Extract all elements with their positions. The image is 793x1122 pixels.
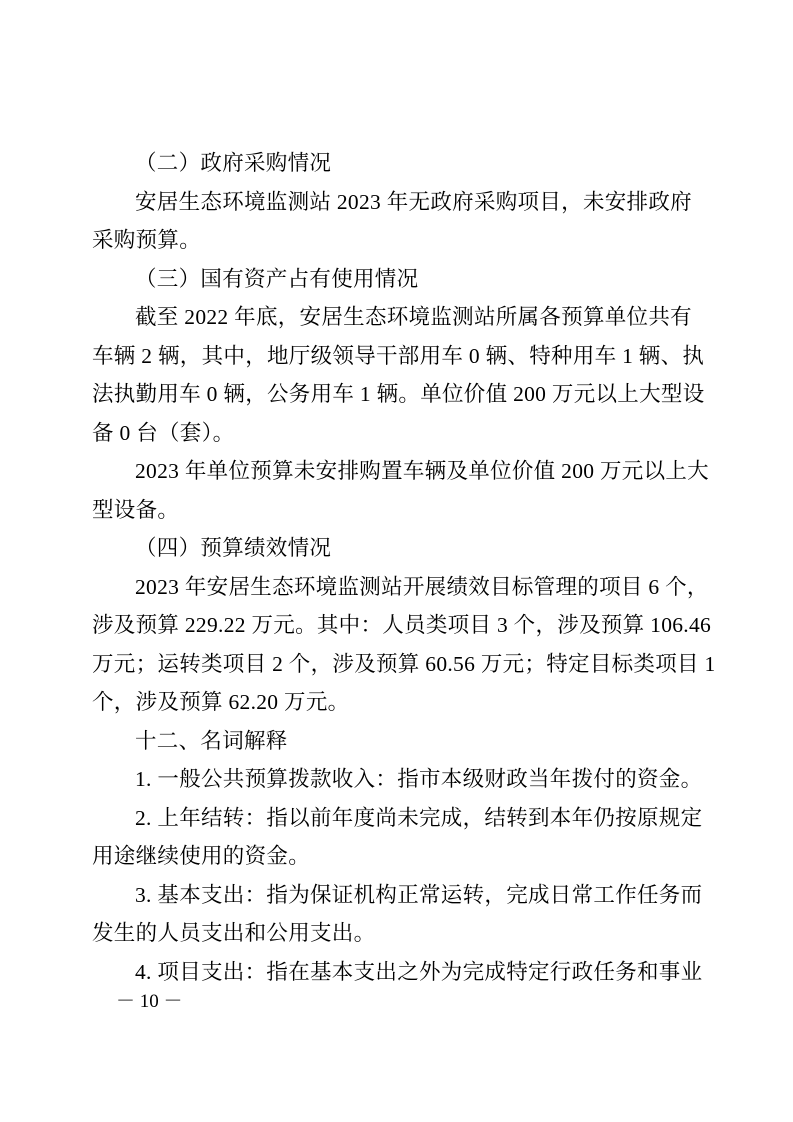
glossary-item-general-budget-income: 1. 一般公共预算拨款收入：指市本级财政当年拨付的资金。 (92, 760, 737, 799)
document-page: （二）政府采购情况 安居生态环境监测站 2023 年无政府采购项目，未安排政府 … (0, 0, 793, 1122)
section-heading-glossary: 十二、名词解释 (92, 722, 737, 761)
paragraph-procurement: 安居生态环境监测站 2023 年无政府采购项目，未安排政府 采购预算。 (92, 183, 737, 260)
paragraph-assets-budget: 2023 年单位预算未安排购置车辆及单位价值 200 万元以上大 型设备。 (92, 452, 737, 529)
glossary-item-project-expenditure: 4. 项目支出：指在基本支出之外为完成特定行政任务和事业 (92, 953, 737, 992)
section-heading-government-procurement: （二）政府采购情况 (92, 144, 737, 183)
paragraph-assets-vehicles: 截至 2022 年底，安居生态环境监测站所属各预算单位共有 车辆 2 辆，其中，… (92, 298, 737, 452)
section-heading-state-assets: （三）国有资产占有使用情况 (92, 260, 737, 299)
document-body: （二）政府采购情况 安居生态环境监测站 2023 年无政府采购项目，未安排政府 … (92, 144, 737, 991)
page-number: － 10 － (116, 990, 183, 1014)
glossary-item-basic-expenditure: 3. 基本支出：指为保证机构正常运转，完成日常工作任务而 发生的人员支出和公用支… (92, 876, 737, 953)
paragraph-performance: 2023 年安居生态环境监测站开展绩效目标管理的项目 6 个， 涉及预算 229… (92, 568, 737, 722)
section-heading-budget-performance: （四）预算绩效情况 (92, 529, 737, 568)
glossary-item-carryover: 2. 上年结转：指以前年度尚未完成，结转到本年仍按原规定 用途继续使用的资金。 (92, 799, 737, 876)
